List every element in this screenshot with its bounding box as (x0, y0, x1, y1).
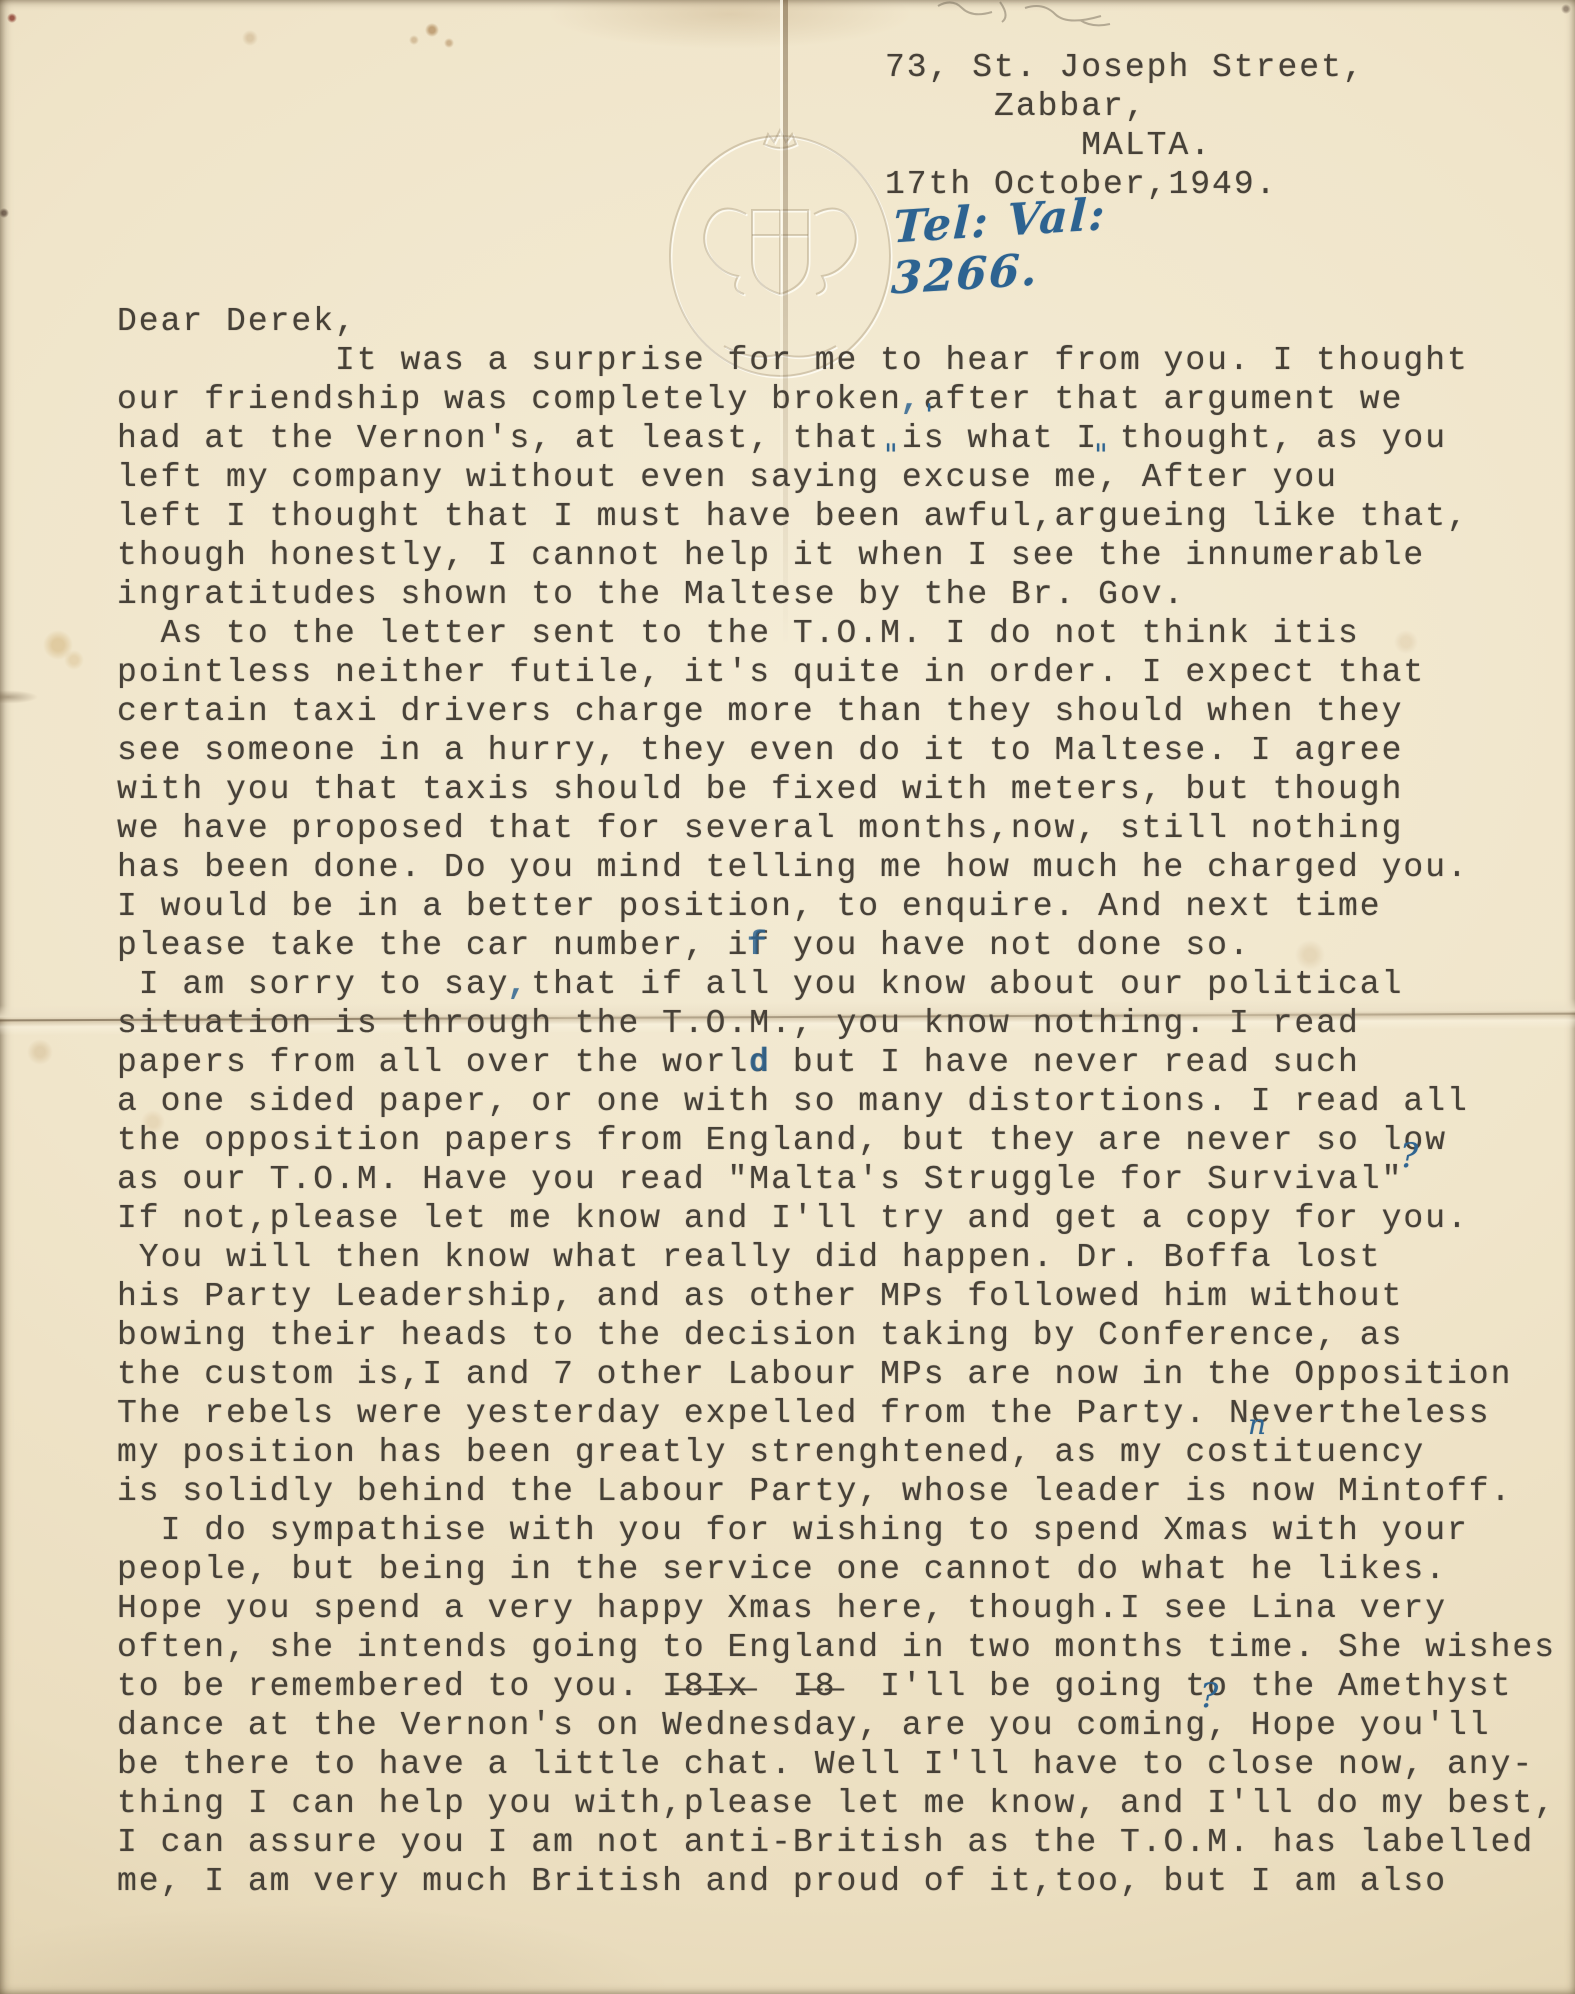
letter-body: Dear Derek, It was a surprise for me to … (117, 302, 1556, 1901)
return-address: 73, St. Joseph Street, Zabbar, MALTA. 17… (885, 48, 1365, 204)
handwritten-quote-after-me: " (1094, 438, 1108, 473)
handwritten-question-mark-after-coming: ? (1200, 1676, 1218, 1716)
handwritten-d-overwrite-in-world: d (749, 1043, 771, 1082)
handwritten-comma-after-say: , (507, 965, 529, 1004)
pencil-scribble (930, 0, 1140, 42)
handwritten-comma-after-broken: , (900, 380, 922, 419)
handwritten-question-mark-after-survival: ? (1400, 1136, 1418, 1176)
handwritten-phone-note: Tel: Val: 3266. (890, 181, 1234, 304)
letter-page: 73, St. Joseph Street, Zabbar, MALTA. 17… (0, 0, 1575, 1994)
handwritten-quote-before-excuse: " (884, 438, 898, 473)
handwritten-f-overwrite-in-if: f (747, 926, 769, 965)
handwritten-inserted-n-constituency: n (1248, 1408, 1266, 1441)
handwritten-apostrophe-over-is: ' (925, 398, 933, 433)
